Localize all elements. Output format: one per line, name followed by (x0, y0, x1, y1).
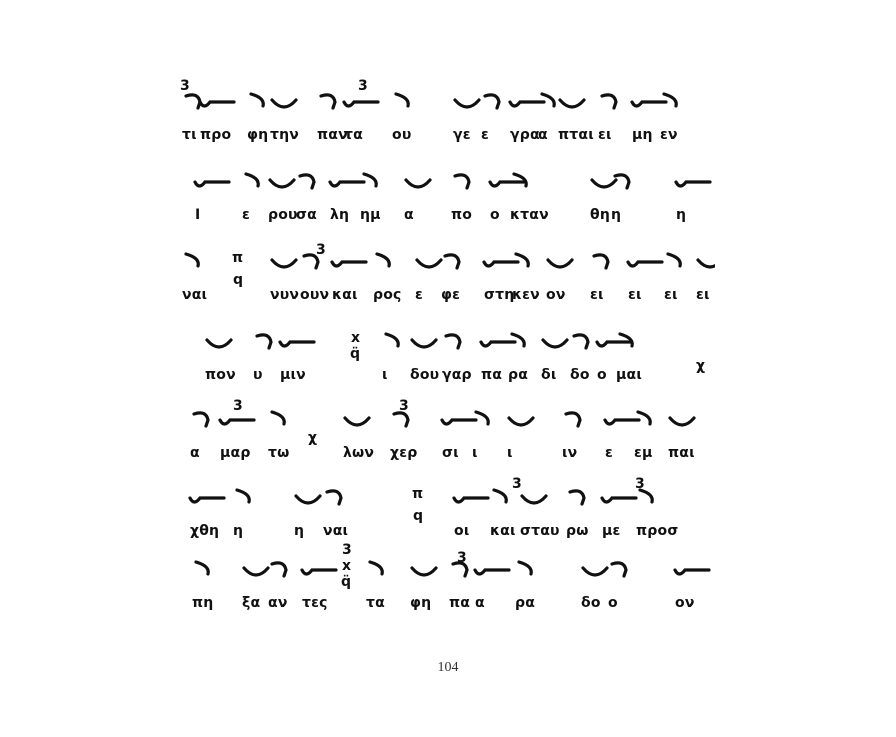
lyric-syllable: νυν (270, 287, 299, 303)
lyric-syllable: γαρ (442, 367, 472, 383)
neume-glyph (270, 180, 294, 187)
neume-glyph (620, 334, 632, 346)
lyric-syllable: πον (205, 367, 236, 383)
lyric-syllable: εν (660, 127, 678, 143)
lyric-syllable: σι (442, 445, 459, 461)
lyric-syllable: εμ (634, 445, 653, 461)
lyric-syllable: ι (472, 445, 478, 461)
neume-glyph (494, 490, 506, 502)
neume-glyph (628, 262, 662, 266)
neume-glyph (455, 100, 479, 107)
lyric-syllable: γρα (510, 127, 540, 143)
neume-glyph (442, 420, 476, 424)
lyric-syllable: α (404, 207, 414, 223)
neume-glyph (583, 568, 607, 575)
neume-glyph (516, 254, 528, 266)
neume-glyph (194, 413, 208, 426)
lyric-syllable: ι (507, 445, 513, 461)
neume-glyph (485, 95, 499, 108)
neume-glyph (220, 420, 254, 424)
lyric-syllable: χερ (390, 445, 417, 461)
lyric-syllable: κεν (512, 287, 540, 303)
neume-glyph (570, 491, 584, 504)
martyria-mark: 3 (358, 78, 368, 94)
lyric-syllable: πα (449, 595, 470, 611)
neume-glyph (302, 570, 336, 574)
neume-glyph (668, 254, 680, 266)
neume-glyph (300, 175, 314, 188)
martyria-mark: q̈ (350, 346, 360, 362)
lyric-syllable: ε (605, 445, 613, 461)
lyric-syllable: παι (668, 445, 695, 461)
neume-glyph (592, 180, 616, 187)
neume-glyph (612, 563, 626, 576)
martyria-mark: x (351, 330, 360, 346)
lyric-syllable: ιν (562, 445, 577, 461)
neume-glyph (670, 418, 694, 425)
neume-glyph (246, 174, 258, 186)
lyric-syllable: τα (344, 127, 363, 143)
neume-glyph (664, 94, 676, 106)
lyrics-row: ναινυνουνκαιροςεφεστηκενονειειειει (170, 287, 715, 309)
lyrics-row: χθηηηναιοικαισταυρωμεπροσ (170, 523, 715, 545)
lyric-syllable: ουν (300, 287, 329, 303)
neume-glyph (272, 563, 286, 576)
neume-glyph (386, 334, 398, 346)
neume-glyph (244, 568, 268, 575)
martyria-mark: π (232, 250, 243, 266)
lyric-syllable: ει (628, 287, 642, 303)
lyric-syllable: με (602, 523, 621, 539)
lyric-syllable: ι (382, 367, 388, 383)
neume-glyph (280, 342, 314, 346)
notation-line: 33χαμαρτωλωνχερσιιιινεεμπαι (170, 398, 715, 476)
lyric-syllable: ρα (515, 595, 535, 611)
neume-glyph (272, 260, 296, 267)
neume-glyph (296, 496, 320, 503)
martyria-mark: q (233, 272, 243, 288)
lyric-syllable: λη (330, 207, 349, 223)
lyric-syllable: αν (268, 595, 288, 611)
lyrics-row: πονυμινιδουγαρπαραδιδοομαι (170, 367, 715, 389)
lyric-syllable: ει (590, 287, 604, 303)
neume-glyph (594, 255, 608, 268)
notation-line: πq33χθηηηναιοικαισταυρωμεπροσ (170, 476, 715, 554)
lyric-syllable: ξα (242, 595, 260, 611)
lyric-syllable: υ (253, 367, 263, 383)
lyric-syllable: δου (410, 367, 439, 383)
neume-glyph (186, 254, 198, 266)
lyric-syllable: α (538, 127, 548, 143)
lyric-syllable: ον (675, 595, 695, 611)
neume-glyph (597, 342, 631, 346)
neume-glyph (417, 260, 441, 267)
neume-glyph (675, 570, 709, 574)
lyric-syllable: ρα (508, 367, 528, 383)
lyric-syllable: σταυ (520, 523, 560, 539)
neume-glyph (632, 102, 666, 106)
lyric-syllable: η (233, 523, 243, 539)
martyria-mark: 3 (512, 476, 522, 492)
neume-glyph (481, 342, 515, 346)
lyric-syllable: ο (608, 595, 618, 611)
neume-glyph (522, 496, 546, 503)
neume-glyph (602, 498, 636, 502)
lyric-syllable: ε (242, 207, 250, 223)
neume-glyph (345, 418, 369, 425)
neume-glyph (257, 335, 271, 348)
neume-glyph (476, 412, 488, 424)
notation-line: πq3ναινυνουνκαιροςεφεστηκενονειειειει (170, 240, 715, 318)
martyria-mark: χ (308, 430, 317, 446)
neume-glyph (445, 255, 459, 268)
martyria-mark: q̈ (341, 574, 351, 590)
lyric-syllable: μιν (280, 367, 306, 383)
neume-row (170, 240, 715, 290)
neume-glyph (396, 94, 408, 106)
lyric-syllable: α (190, 445, 200, 461)
score-page: 33τιπροφητηνπανταουγεεγρααπταιειμηενΙερο… (0, 0, 896, 737)
lyric-syllable: δο (570, 367, 590, 383)
neume-glyph (190, 498, 224, 502)
lyric-syllable: δο (581, 595, 601, 611)
neume-glyph (330, 182, 364, 186)
martyria-mark: 3 (316, 242, 326, 258)
neume-glyph (272, 412, 284, 424)
notation-line: 33τιπροφητηνπανταουγεεγρααπταιειμηεν (170, 80, 715, 158)
neume-glyph (186, 95, 200, 108)
neume-glyph (455, 175, 469, 188)
lyric-syllable: τω (268, 445, 290, 461)
neume-glyph (412, 340, 436, 347)
martyria-mark: 3 (180, 78, 190, 94)
neume-row (170, 398, 715, 448)
martyria-mark: x (342, 558, 351, 574)
lyric-syllable: χθη (190, 523, 219, 539)
lyric-syllable: μαρ (220, 445, 251, 461)
lyric-syllable: πο (451, 207, 472, 223)
lyric-syllable: λων (343, 445, 374, 461)
lyric-syllable: προσ (636, 523, 678, 539)
neume-glyph (454, 498, 488, 502)
lyric-syllable: φε (441, 287, 460, 303)
lyric-syllable: η (294, 523, 304, 539)
lyric-syllable: ε (415, 287, 423, 303)
notation-line: xq̈χπονυμινιδουγαρπαραδιδοομαι (170, 320, 715, 398)
neume-glyph (698, 260, 715, 267)
neume-glyph (237, 490, 249, 502)
page-number: 104 (0, 660, 896, 676)
lyric-syllable: στη (484, 287, 514, 303)
lyrics-row: πηξααντεςταφηπααραδοοον (170, 595, 715, 617)
lyric-syllable: ναι (323, 523, 348, 539)
martyria-mark: 3 (233, 398, 243, 414)
martyria-mark: 3 (635, 476, 645, 492)
neume-glyph (412, 568, 436, 575)
lyric-syllable: ρω (566, 523, 589, 539)
lyric-syllable: οι (454, 523, 469, 539)
lyric-syllable: θη (590, 207, 610, 223)
martyria-mark: q (413, 508, 423, 524)
lyric-syllable: ρος (373, 287, 402, 303)
neume-row (170, 160, 715, 210)
neume-glyph (394, 413, 408, 426)
lyric-syllable: ημ (360, 207, 381, 223)
lyric-syllable: η (611, 207, 621, 223)
lyric-syllable: ει (598, 127, 612, 143)
neume-glyph (195, 182, 229, 186)
lyric-syllable: τι (182, 127, 197, 143)
lyric-syllable: ου (392, 127, 411, 143)
lyric-syllable: κταν (510, 207, 549, 223)
neume-glyph (196, 562, 208, 574)
neume-glyph (548, 260, 572, 267)
neume-glyph (509, 418, 533, 425)
lyric-syllable: ο (490, 207, 500, 223)
lyric-syllable: μαι (616, 367, 642, 383)
martyria-mark: 3 (399, 398, 409, 414)
martyria-mark: π (412, 486, 423, 502)
lyric-syllable: φη (247, 127, 268, 143)
neume-glyph (543, 340, 567, 347)
neume-glyph (364, 174, 376, 186)
neume-glyph (512, 334, 524, 346)
neume-row (170, 80, 715, 130)
neume-glyph (484, 262, 518, 266)
neume-glyph (251, 94, 263, 106)
neume-glyph (615, 175, 629, 188)
lyric-syllable: γε (453, 127, 471, 143)
neume-glyph (332, 262, 366, 266)
neume-glyph (475, 570, 509, 574)
neume-glyph (446, 335, 460, 348)
neume-glyph (574, 335, 588, 348)
lyric-syllable: τα (366, 595, 385, 611)
lyric-syllable: ον (546, 287, 566, 303)
lyric-syllable: πα (481, 367, 502, 383)
neume-glyph (519, 562, 531, 574)
neume-glyph (602, 95, 616, 108)
neume-glyph (605, 420, 639, 424)
lyric-syllable: α (475, 595, 485, 611)
lyric-syllable: πται (558, 127, 594, 143)
neume-glyph (344, 102, 378, 106)
neume-glyph (676, 182, 710, 186)
neume-glyph (377, 254, 389, 266)
neume-row (170, 320, 715, 370)
notation-line: 3xq̈3πηξααντεςταφηπααραδοοον (170, 548, 715, 626)
lyric-syllable: ει (696, 287, 710, 303)
neume-glyph (514, 174, 526, 186)
neume-glyph (272, 100, 296, 107)
lyric-syllable: ε (481, 127, 489, 143)
lyric-syllable: πη (192, 595, 213, 611)
lyric-syllable: δι (541, 367, 556, 383)
lyrics-row: τιπροφητηνπανταουγεεγρααπταιειμηεν (170, 127, 715, 149)
notation-line: Ιερουσαληημαποοκτανθηηη (170, 160, 715, 238)
lyric-syllable: ρου (268, 207, 298, 223)
neume-glyph (200, 102, 234, 106)
lyric-syllable: η (676, 207, 686, 223)
neume-glyph (207, 340, 231, 347)
lyric-syllable: προ (200, 127, 231, 143)
neume-glyph (490, 182, 524, 186)
martyria-mark: 3 (342, 542, 352, 558)
neume-row (170, 548, 715, 598)
neume-glyph (370, 562, 382, 574)
lyric-syllable: φη (410, 595, 431, 611)
neume-glyph (566, 413, 580, 426)
neume-glyph (321, 95, 335, 108)
neume-glyph (406, 180, 430, 187)
neume-glyph (560, 100, 584, 107)
lyric-syllable: τες (302, 595, 328, 611)
lyric-syllable: σα (296, 207, 317, 223)
lyric-syllable: και (490, 523, 516, 539)
neume-glyph (542, 94, 554, 106)
lyric-syllable: Ι (195, 207, 200, 223)
lyric-syllable: μη (632, 127, 653, 143)
lyric-syllable: και (332, 287, 358, 303)
martyria-mark: 3 (457, 550, 467, 566)
neume-glyph (327, 491, 341, 504)
lyrics-row: αμαρτωλωνχερσιιιινεεμπαι (170, 445, 715, 467)
neume-glyph (510, 102, 544, 106)
lyric-syllable: την (270, 127, 299, 143)
neume-row (170, 476, 715, 526)
lyric-syllable: ναι (182, 287, 207, 303)
lyric-syllable: ο (597, 367, 607, 383)
neume-glyph (638, 412, 650, 424)
lyric-syllable: ει (664, 287, 678, 303)
lyrics-row: Ιερουσαληημαποοκτανθηηη (170, 207, 715, 229)
